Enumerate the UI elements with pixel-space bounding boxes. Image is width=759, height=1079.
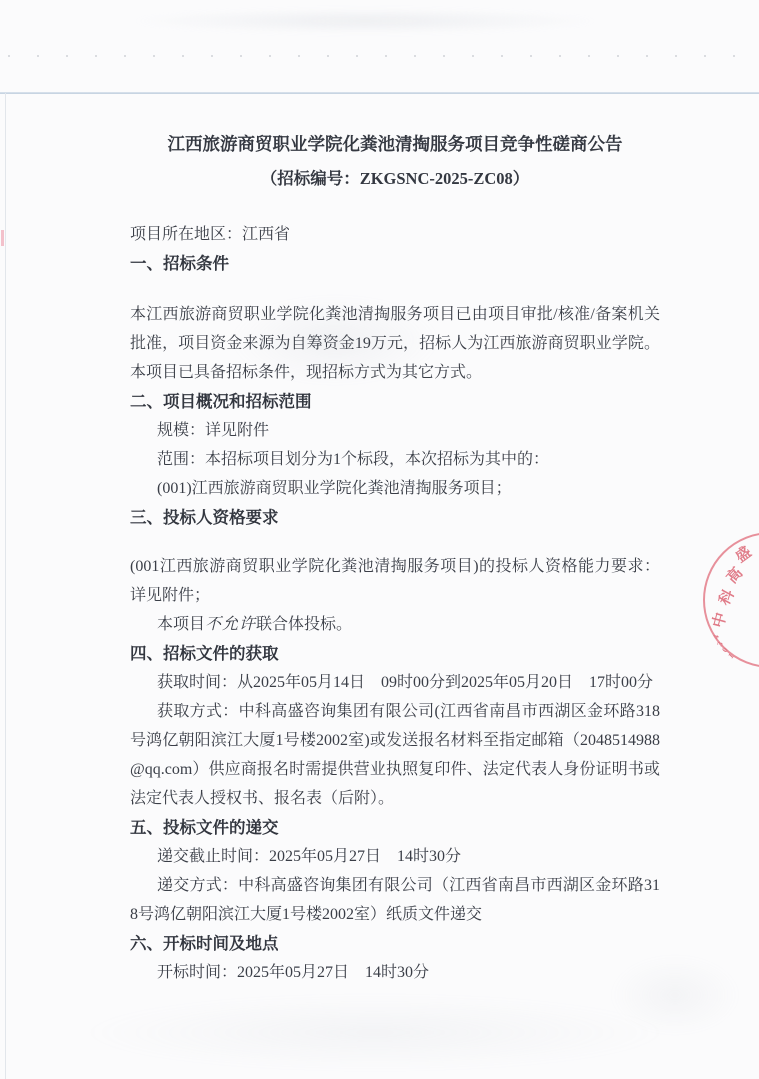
submission-method-line: 递交方式：中科高盛咨询集团有限公司（江西省南昌市西湖区金环路318号鸿亿朝阳滨江…	[130, 871, 660, 929]
lot-line: (001)江西旅游商贸职业学院化粪池清掏服务项目；	[130, 474, 660, 503]
scan-artifact-left-edge	[5, 93, 6, 1079]
jv-emphasis: 不允许	[205, 616, 256, 633]
bid-opening-time-line: 开标时间：2025年05月27日 14时30分	[130, 958, 660, 987]
scope-line: 范围：本招标项目划分为1个标段，本次招标为其中的：	[130, 445, 660, 474]
section-5-heading: 五、投标文件的递交	[130, 813, 660, 842]
announcement-body: 江西旅游商贸职业学院化粪池清掏服务项目竞争性磋商公告 （招标编号：ZKGSNC-…	[130, 131, 660, 987]
joint-venture-line: 本项目不允许联合体投标。	[130, 610, 660, 639]
scan-smudge	[130, 8, 600, 34]
scale-line: 规模：详见附件	[130, 416, 660, 445]
scan-ghosting	[90, 995, 660, 1070]
section-2-heading: 二、项目概况和招标范围	[130, 387, 660, 416]
scan-artifact-pink-mark	[1, 230, 4, 246]
section-1-heading: 一、招标条件	[130, 249, 660, 278]
jv-prefix: 本项目	[157, 616, 205, 633]
red-seal-stamp: 中 科 高 盛 4 3 0 1	[700, 532, 759, 672]
obtain-time-line: 获取时间：从2025年05月14日 09时00分到2025年05月20日 17时…	[130, 668, 660, 697]
section-6-heading: 六、开标时间及地点	[130, 929, 660, 958]
section-1-body: 本江西旅游商贸职业学院化粪池清掏服务项目已由项目审批/核准/备案机关批准，项目资…	[130, 300, 660, 387]
project-region-line: 项目所在地区：江西省	[130, 220, 660, 249]
jv-suffix: 联合体投标。	[256, 616, 352, 633]
submission-deadline-line: 递交截止时间：2025年05月27日 14时30分	[130, 842, 660, 871]
tender-number-line: （招标编号：ZKGSNC-2025-ZC08）	[130, 166, 660, 192]
scanned-document-page: 江西旅游商贸职业学院化粪池清掏服务项目竞争性磋商公告 （招标编号：ZKGSNC-…	[0, 0, 759, 1079]
obtain-method-line: 获取方式：中科高盛咨询集团有限公司(江西省南昌市西湖区金环路318号鸿亿朝阳滨江…	[130, 697, 660, 813]
section-4-heading: 四、招标文件的获取	[130, 639, 660, 668]
scan-artifact-fold-line	[0, 92, 759, 94]
announcement-title: 江西旅游商贸职业学院化粪池清掏服务项目竞争性磋商公告	[130, 131, 660, 157]
section-3-heading: 三、投标人资格要求	[130, 503, 660, 532]
scan-artifact-dots	[8, 55, 749, 57]
qualification-line: (001江西旅游商贸职业学院化粪池清掏服务项目)的投标人资格能力要求：详见附件；	[130, 552, 660, 610]
